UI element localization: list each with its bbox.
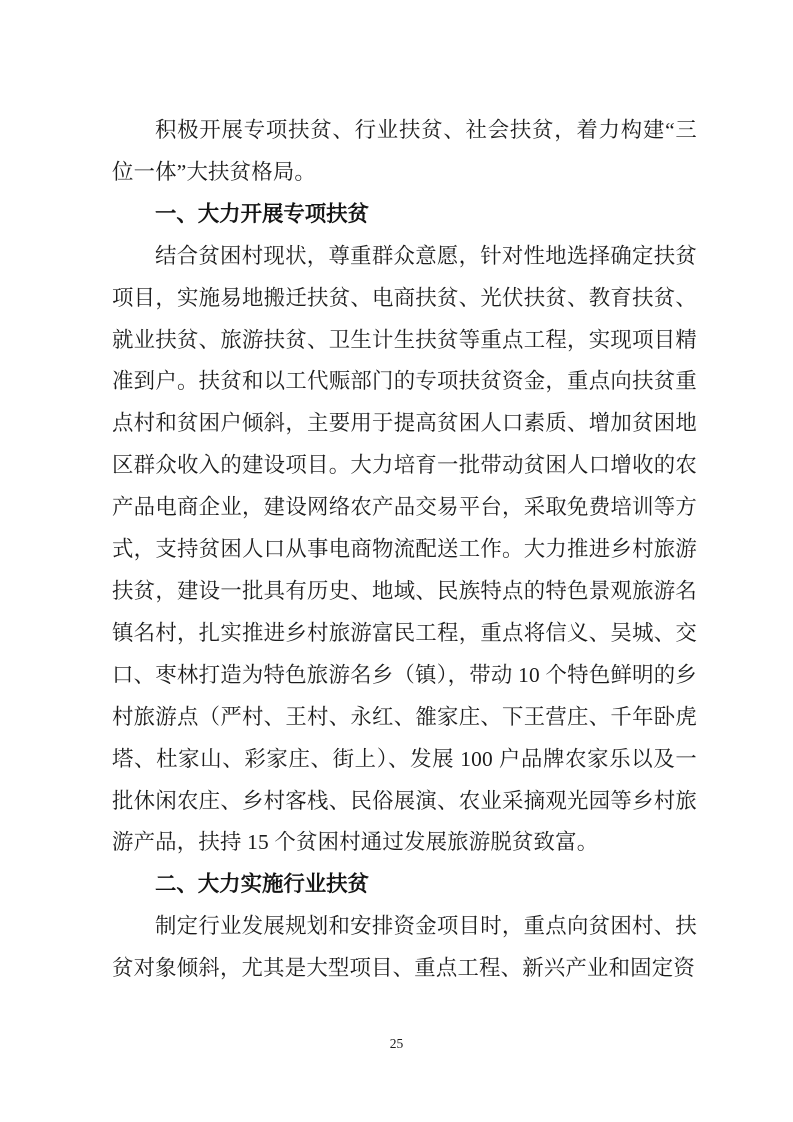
- paragraph-industry-poverty-alleviation: 制定行业发展规划和安排资金项目时，重点向贫困村、扶贫对象倾斜，尤其是大型项目、重…: [112, 906, 697, 990]
- paragraph-intro: 积极开展专项扶贫、行业扶贫、社会扶贫，着力构建“三位一体”大扶贫格局。: [112, 110, 697, 194]
- page-number: 25: [0, 1036, 793, 1052]
- page-content: 积极开展专项扶贫、行业扶贫、社会扶贫，着力构建“三位一体”大扶贫格局。 一、大力…: [112, 110, 697, 990]
- section-heading-2: 二、大力实施行业扶贫: [112, 864, 697, 906]
- paragraph-special-poverty-alleviation: 结合贫困村现状，尊重群众意愿，针对性地选择确定扶贫项目，实施易地搬迁扶贫、电商扶…: [112, 236, 697, 865]
- section-heading-1: 一、大力开展专项扶贫: [112, 194, 697, 236]
- document-page: 积极开展专项扶贫、行业扶贫、社会扶贫，着力构建“三位一体”大扶贫格局。 一、大力…: [0, 0, 793, 1122]
